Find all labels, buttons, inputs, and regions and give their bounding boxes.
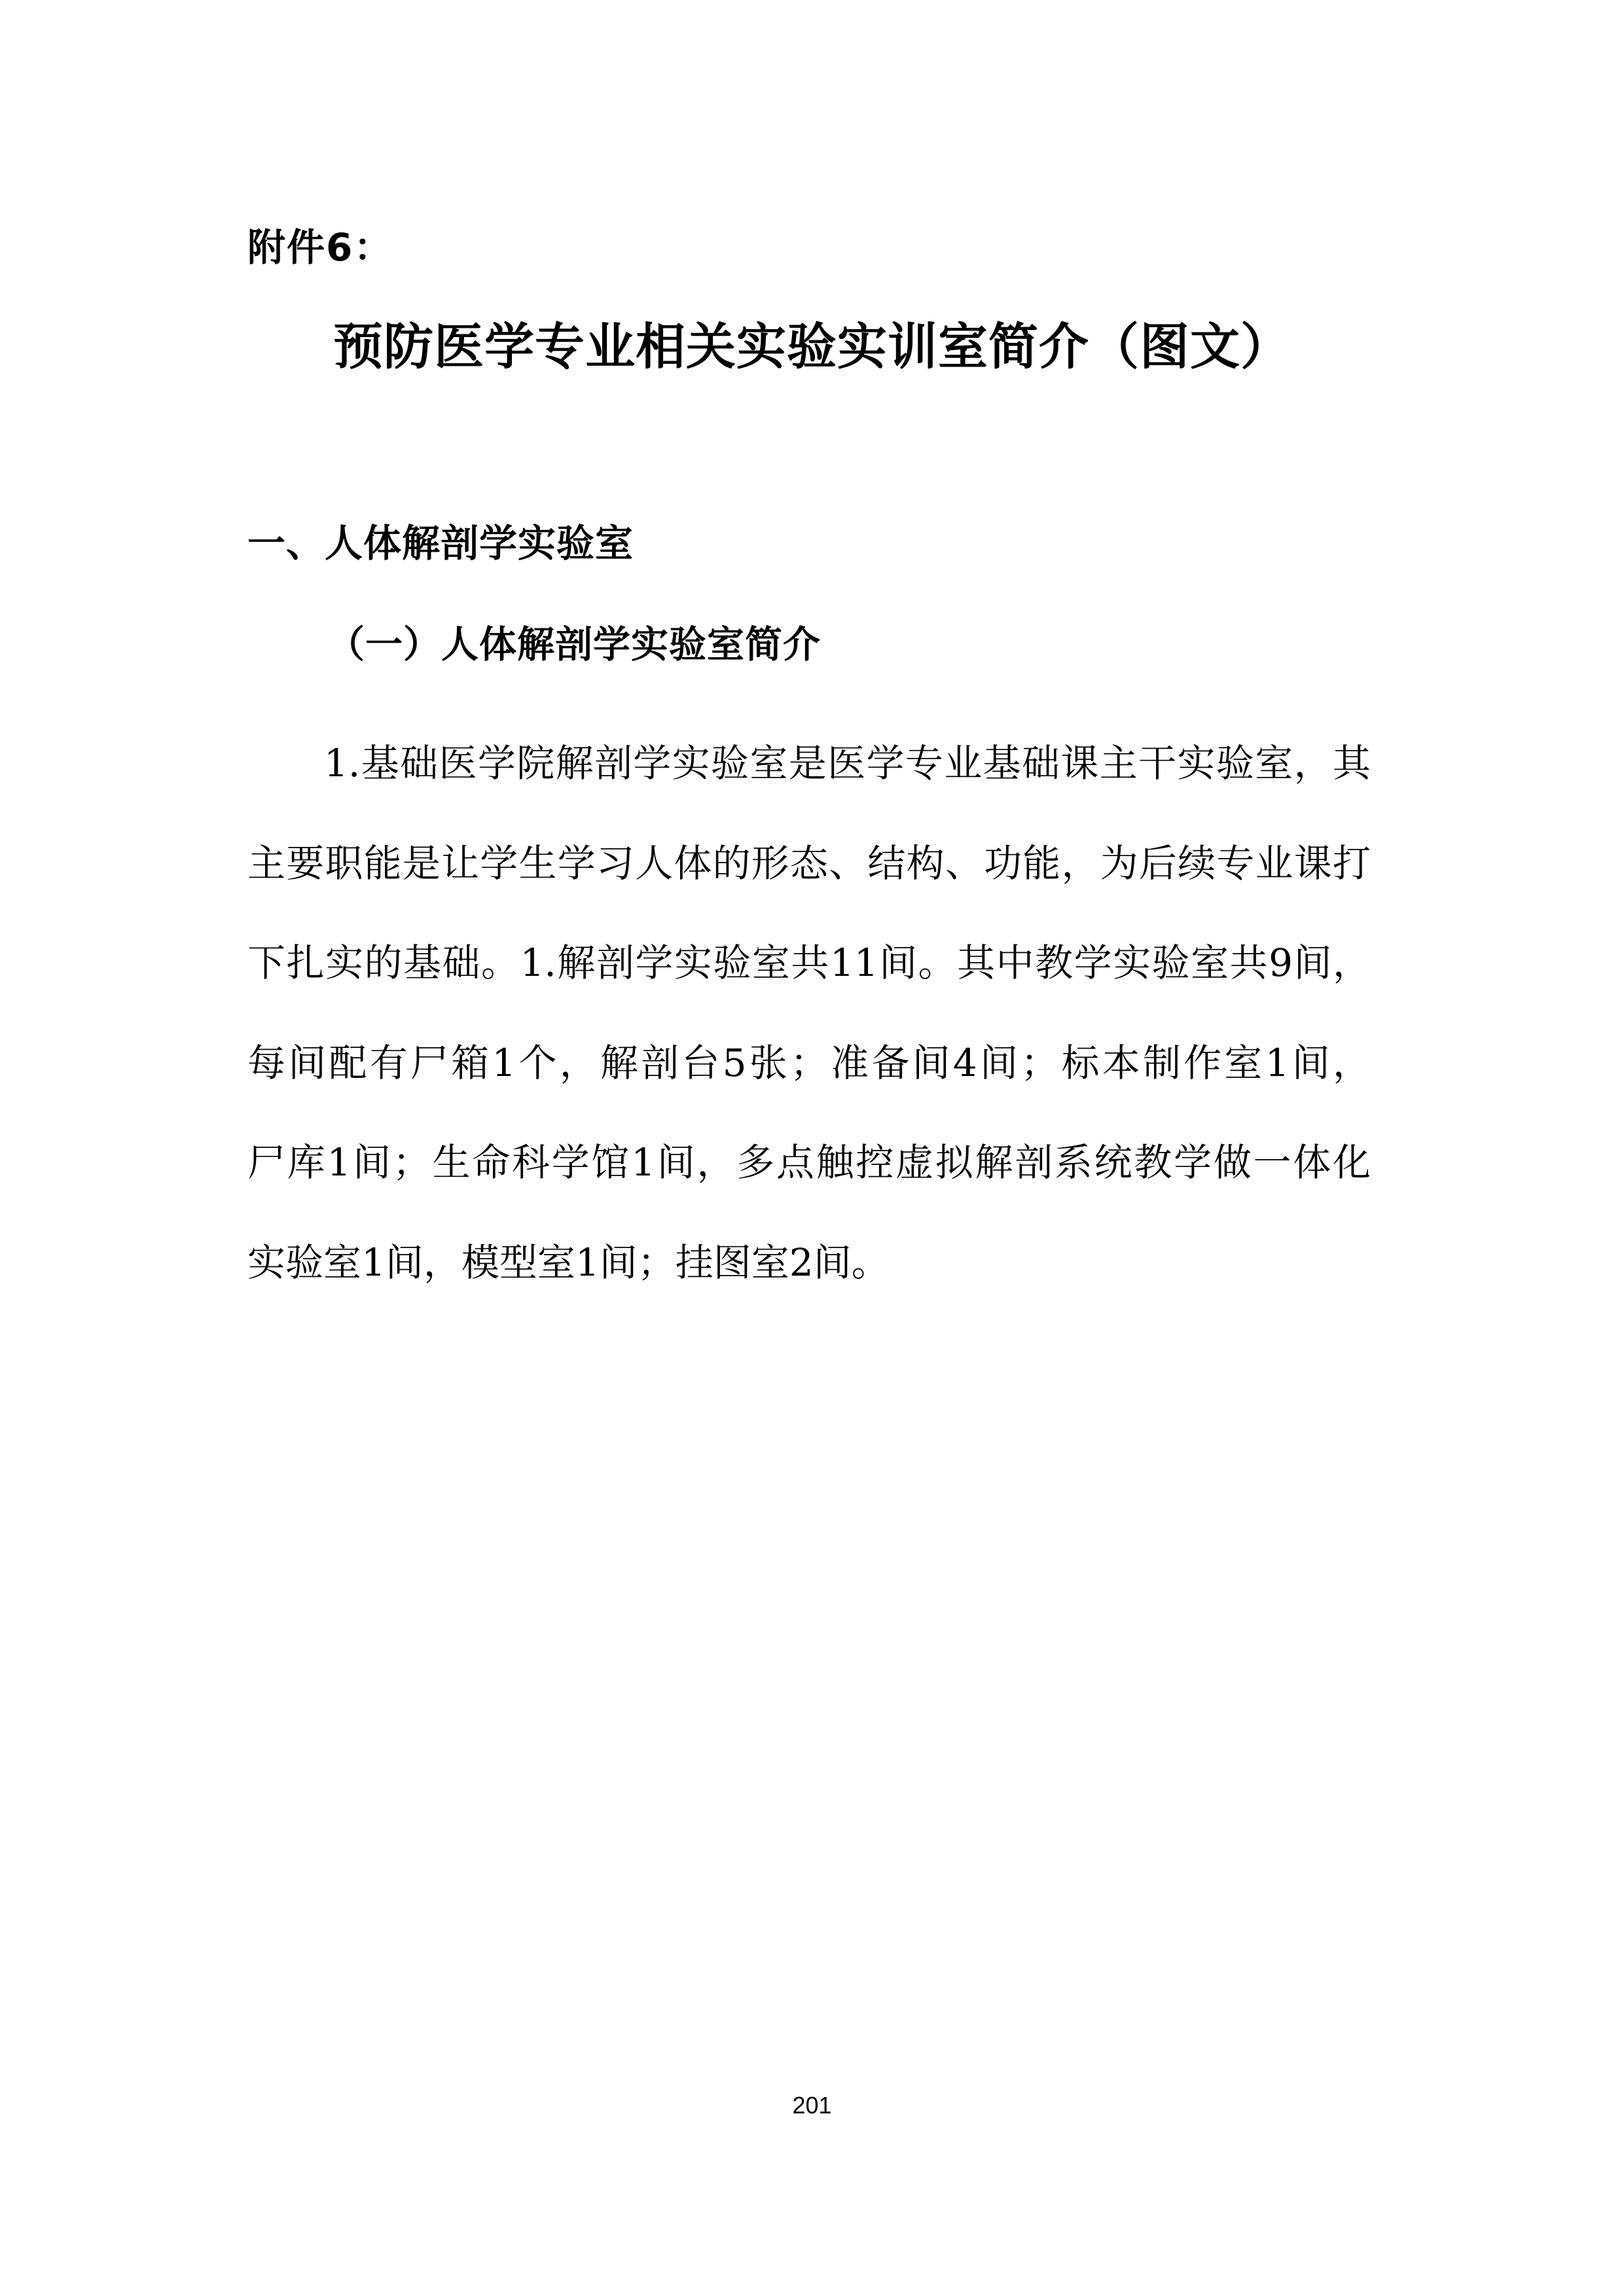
body-paragraph: 1.基础医学院解剖学实验室是医学专业基础课主干实验室，其 主要职能是让学生学习人…	[247, 713, 1371, 1312]
paragraph-line: 1.基础医学院解剖学实验室是医学专业基础课主干实验室，其	[247, 713, 1371, 814]
document-page: 附件6： 预防医学专业相关实验实训室简介（图文） 一、人体解剖学实验室 （一）人…	[0, 0, 1624, 2296]
annex-label: 附件6：	[247, 221, 393, 274]
page-number: 201	[0, 2089, 1624, 2122]
paragraph-line: 每间配有尸箱1个，解剖台5张；准备间4间；标本制作室1间，	[247, 1013, 1371, 1113]
paragraph-line: 下扎实的基础。1.解剖学实验室共11间。其中教学实验室共9间，	[247, 913, 1371, 1013]
paragraph-line: 主要职能是让学生学习人体的形态、结构、功能，为后续专业课打	[247, 814, 1371, 914]
section-heading-anatomy-lab: 一、人体解剖学实验室	[247, 517, 634, 569]
subsection-heading-anatomy-lab-intro: （一）人体解剖学实验室简介	[327, 619, 821, 671]
paragraph-line: 实验室1间，模型室1间；挂图室2间。	[247, 1213, 1371, 1313]
paragraph-line: 尸库1间；生命科学馆1间，多点触控虚拟解剖系统教学做一体化	[247, 1113, 1371, 1213]
document-title: 预防医学专业相关实验实训室简介（图文）	[0, 314, 1624, 380]
